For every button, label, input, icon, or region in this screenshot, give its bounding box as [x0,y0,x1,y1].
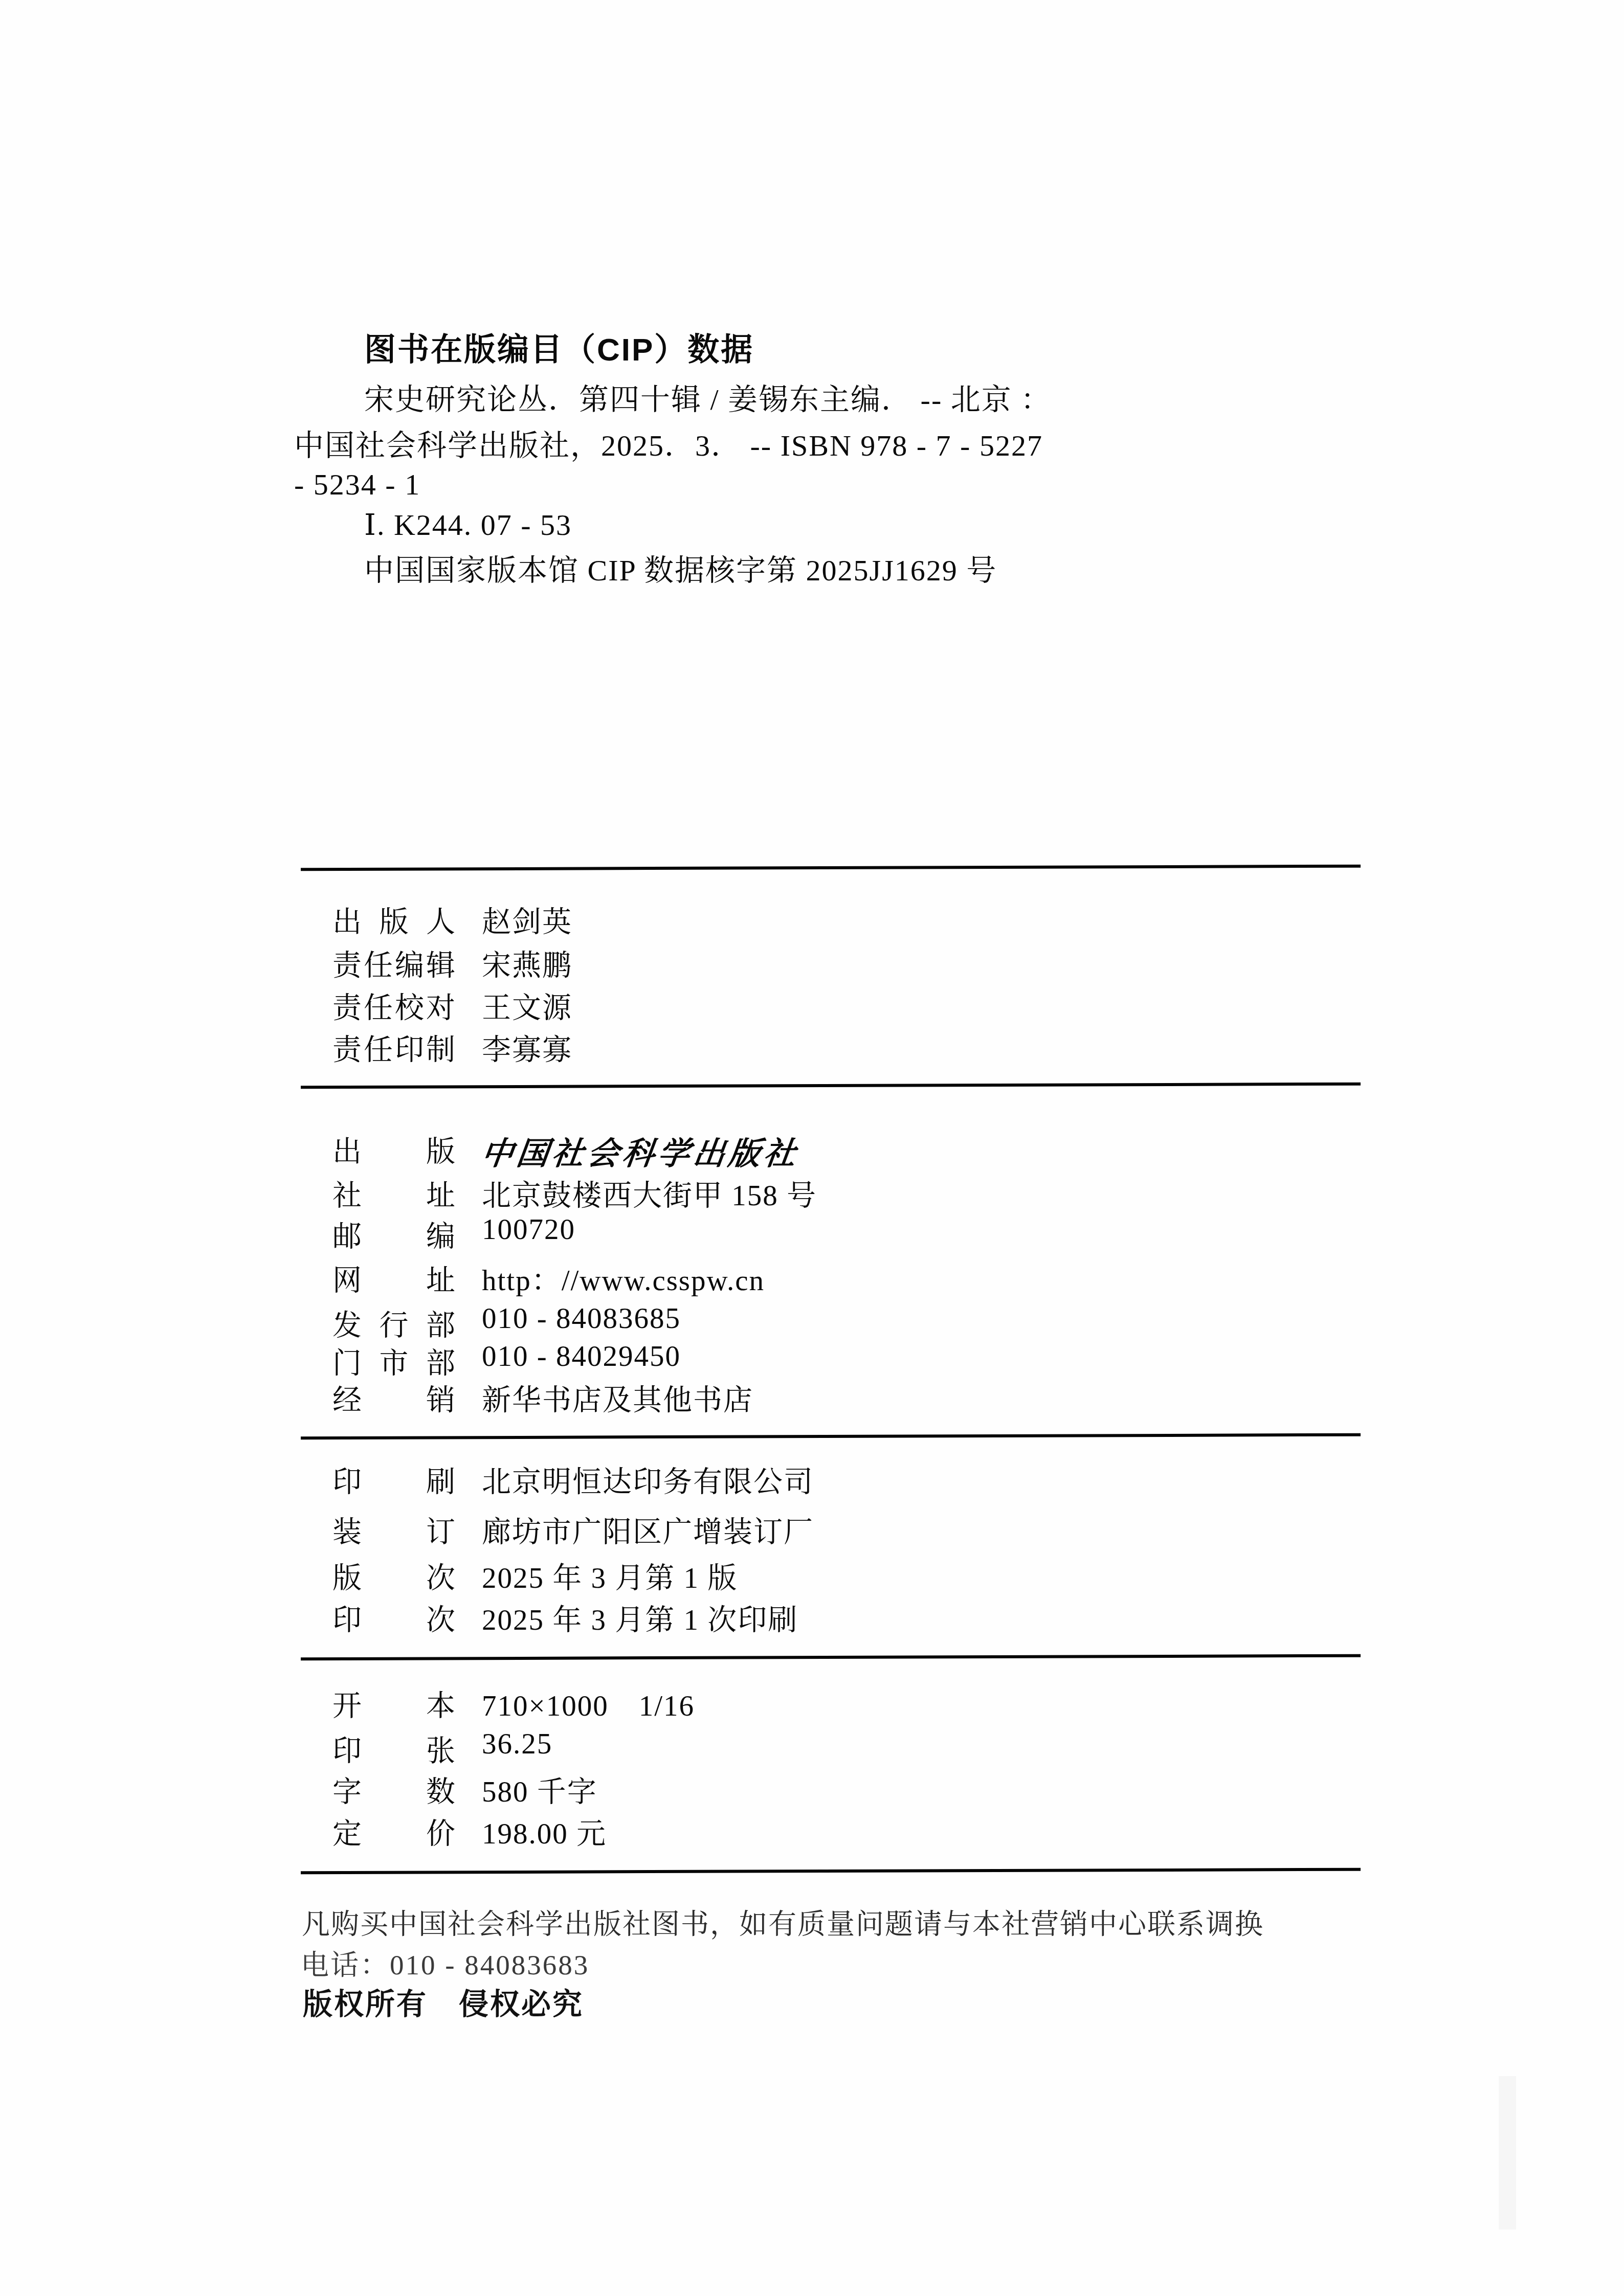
row-edition: 版次2025 年 3 月第 1 版 [332,1555,738,1596]
row-retail-dept: 门市部010 - 84029450 [332,1340,681,1382]
field-label: 网址 [332,1257,455,1299]
field-label: 出版人 [332,898,455,940]
field-label: 经销 [332,1377,455,1419]
field-value: 北京鼓楼西大街甲 158 号 [482,1180,817,1212]
cip-line-book-title: 宋史研究论丛．第四十辑 / 姜锡东主编． -- 北京 ： [364,375,1051,418]
publisher-signature: 中国社会科学出版社 [479,1128,803,1174]
field-value: 李寡寡 [482,1034,572,1066]
row-binder: 装订廊坊市广阳区广增装订厂 [332,1509,814,1550]
cip-line-publisher-isbn: 中国社会科学出版社，2025．3． -- ISBN 978 - 7 - 5227 [294,421,1043,464]
divider-line-5 [301,1868,1361,1875]
divider-line-3 [301,1433,1361,1440]
row-distribution-dept: 发行部010 - 84083685 [332,1302,681,1344]
field-value: 580 千字 [482,1776,597,1808]
field-value: 北京明恒达印务有限公司 [482,1466,814,1498]
field-label: 责任编辑 [332,942,455,984]
row-distributor: 经销新华书店及其他书店 [332,1377,753,1419]
divider-line-2 [301,1083,1361,1089]
row-format: 开本710×1000 1/16 [332,1682,695,1724]
copyright-page: 图书在版编目（CIP）数据 宋史研究论丛．第四十辑 / 姜锡东主编． -- 北京… [0,0,1624,2296]
field-value: 710×1000 1/16 [482,1690,695,1722]
field-value: 100720 [482,1213,575,1246]
row-publisher-person: 出版人赵剑英 [332,898,572,940]
row-managing-editor: 责任编辑宋燕鹏 [332,942,572,984]
row-price: 定价198.00 元 [332,1810,607,1852]
quality-notice: 凡购买中国社会科学出版社图书，如有质量问题请与本社营销中心联系调换 [302,1901,1264,1942]
field-value: 010 - 84083685 [482,1302,681,1335]
field-label: 印次 [332,1596,455,1638]
field-value: 36.25 [482,1728,552,1760]
cip-line-isbn-continued: - 5234 - 1 [294,467,420,502]
cip-line-record-number: 中国国家版本馆 CIP 数据核字第 2025JJ1629 号 [364,546,997,589]
row-website: 网址http：//www.csspw.cn [332,1257,765,1299]
row-proofreader: 责任校对王文源 [332,984,572,1026]
field-value: 赵剑英 [482,906,572,938]
field-label: 邮编 [332,1213,455,1255]
field-value: 198.00 元 [482,1818,607,1850]
copyright-statement: 版权所有 侵权必究 [303,1980,584,2023]
divider-line-1 [301,865,1361,871]
row-printer: 印刷北京明恒达印务有限公司 [332,1458,814,1500]
field-label: 责任印制 [332,1026,455,1068]
field-label: 字数 [332,1768,455,1810]
cip-line-classification: Ⅰ. K244. 07 - 53 [364,507,572,542]
field-value: 宋燕鹏 [482,950,572,982]
field-value: 010 - 84029450 [482,1340,681,1372]
field-value: 新华书店及其他书店 [482,1384,753,1416]
field-label: 责任校对 [332,984,455,1026]
field-label: 开本 [332,1682,455,1724]
field-value: 廊坊市广阳区广增装订厂 [482,1516,814,1548]
row-word-count: 字数580 千字 [332,1768,597,1810]
row-address: 社址北京鼓楼西大街甲 158 号 [332,1172,817,1214]
field-label: 印张 [332,1727,455,1769]
row-publisher: 出版中国社会科学出版社 [332,1128,799,1174]
field-label: 社址 [332,1172,455,1214]
field-value: 王文源 [482,992,572,1024]
field-label: 装订 [332,1509,455,1550]
service-phone: 电话：010 - 84083683 [301,1942,589,1983]
divider-line-4 [301,1654,1361,1661]
field-label: 版次 [332,1555,455,1596]
field-value: 2025 年 3 月第 1 版 [482,1562,738,1594]
field-label: 出版 [332,1128,455,1170]
row-impression: 印次2025 年 3 月第 1 次印刷 [332,1596,798,1638]
field-label: 定价 [332,1810,455,1852]
field-label: 印刷 [332,1458,455,1500]
website-url: http：//www.csspw.cn [482,1265,765,1297]
row-print-supervisor: 责任印制李寡寡 [332,1026,572,1068]
field-label: 发行部 [332,1302,455,1344]
field-label: 门市部 [332,1340,455,1382]
row-sheets: 印张36.25 [332,1727,552,1769]
row-postcode: 邮编100720 [332,1213,575,1255]
cip-title: 图书在版编目（CIP）数据 [364,324,754,370]
scan-artifact [1499,2076,1516,2230]
field-value: 2025 年 3 月第 1 次印刷 [482,1604,798,1636]
